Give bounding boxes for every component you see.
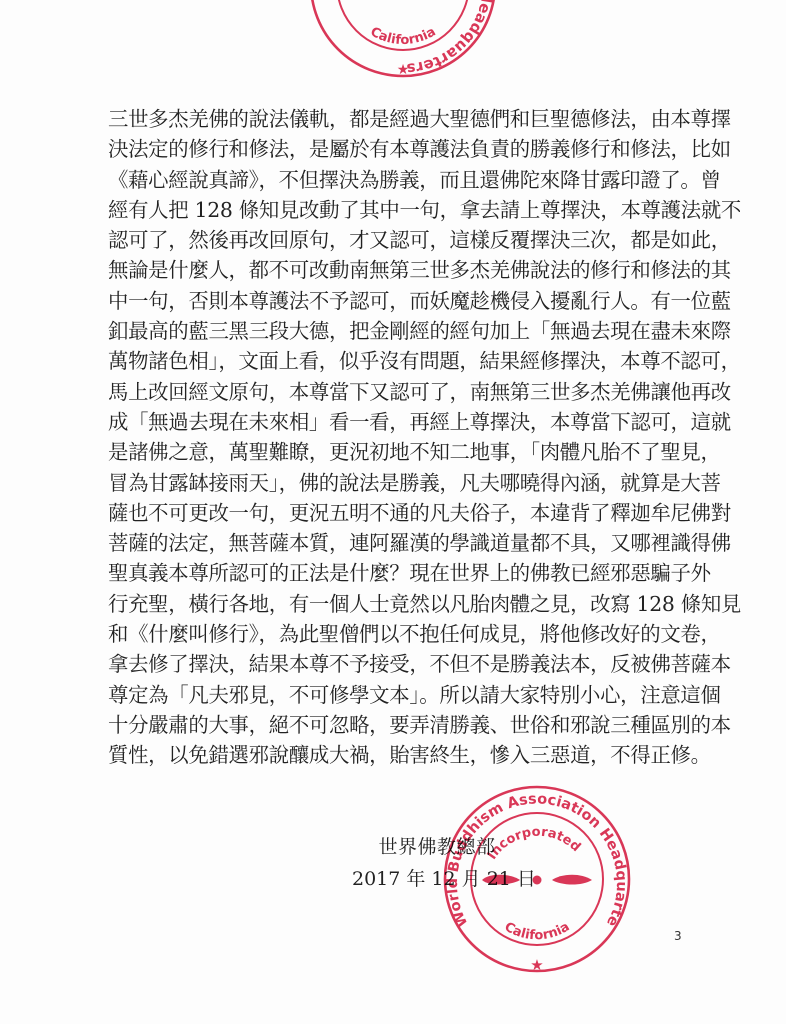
signature-block: 世界佛教總部 2017 年 12 月 21 日 — [352, 832, 522, 896]
body-line: 和《什麼叫修行》，為此聖僧們以不抱任何成見，將他修改好的文卷， — [108, 619, 683, 649]
body-line: 決法定的修行和修法，是屬於有本尊護法負責的勝義修行和修法，比如 — [108, 134, 683, 164]
body-line: 中一句，否則本尊護法不予認可，而妖魔趁機侵入擾亂行人。有一位藍 — [108, 286, 683, 316]
body-line: 經有人把 128 條知見改動了其中一句，拿去請上尊擇決，本尊護法就不 — [108, 195, 683, 225]
stamp-seal-top: World Buddhism Association Headquarters … — [308, 0, 498, 79]
document-page: World Buddhism Association Headquarters … — [0, 0, 786, 1024]
stamp-inner-bottom-text: California — [368, 24, 439, 48]
body-line: 萬物諸色相」，文面上看，似乎沒有問題，結果經修擇決，本尊不認可， — [108, 346, 683, 376]
star-icon: ★ — [397, 63, 410, 78]
body-line: 成「無過去現在未來相」看一看，再經上尊擇決，本尊當下認可，這就 — [108, 407, 683, 437]
stamp-inner-bottom-text: California — [502, 919, 573, 943]
body-line: 是諸佛之意，萬聖難瞭，更況初地不知二地事，「肉體凡胎不了聖見， — [108, 437, 683, 467]
star-icon: ★ — [530, 958, 543, 974]
body-line: 認可了，然後再改回原句，才又認可，這樣反覆擇決三次，都是如此， — [108, 225, 683, 255]
page-number: 3 — [674, 929, 682, 943]
body-line: 菩薩的法定，無菩薩本質，連阿羅漢的學識道量都不具，又哪裡識得佛 — [108, 528, 683, 558]
body-line: 聖真義本尊所認可的正法是什麼？現在世界上的佛教已經邪惡騙子外 — [108, 558, 683, 588]
body-line: 行充聖，橫行各地，有一個人士竟然以凡胎肉體之見，改寫 128 條知見 — [108, 589, 683, 619]
body-line: 冒為甘露缽接雨天」，佛的說法是勝義，凡夫哪曉得內涵，就算是大菩 — [108, 468, 683, 498]
signature-organization: 世界佛教總部 — [352, 832, 522, 862]
body-line: 《藉心經說真諦》，不但擇決為勝義，而且還佛陀來降甘露印證了。曾 — [108, 165, 683, 195]
body-line: 無論是什麼人，都不可改動南無第三世多杰羌佛說法的修行和修法的其 — [108, 255, 683, 285]
signature-date: 2017 年 12 月 21 日 — [352, 862, 522, 896]
letter-body: 三世多杰羌佛的說法儀軌，都是經過大聖德們和巨聖德修法，由本尊擇 決法定的修行和修… — [108, 104, 683, 771]
body-line: 十分嚴肅的大事，絕不可忽略，要弄清勝義、世俗和邪說三種區別的本 — [108, 710, 683, 740]
body-line: 尊定為「凡夫邪見，不可修學文本」。所以請大家特別小心，注意這個 — [108, 680, 683, 710]
body-line: 釦最高的藍三黑三段大德，把金剛經的經句加上「無過去現在盡未來際 — [108, 316, 683, 346]
body-line: 薩也不可更改一句，更況五明不通的凡夫俗子，本違背了釋迦牟尼佛對 — [108, 498, 683, 528]
stamp-outer-text: World Buddhism Association Headquarters — [310, 0, 498, 78]
body-line: 馬上改回經文原句，本尊當下又認可了，南無第三世多杰羌佛讓他再改 — [108, 377, 683, 407]
body-line: 質性，以免錯選邪說釀成大禍，貽害終生，慘入三惡道，不得正修。 — [108, 740, 683, 770]
body-line: 拿去修了擇決，結果本尊不予接受，不但不是勝義法本，反被佛菩薩本 — [108, 649, 683, 679]
body-line: 三世多杰羌佛的說法儀軌，都是經過大聖德們和巨聖德修法，由本尊擇 — [108, 104, 683, 134]
